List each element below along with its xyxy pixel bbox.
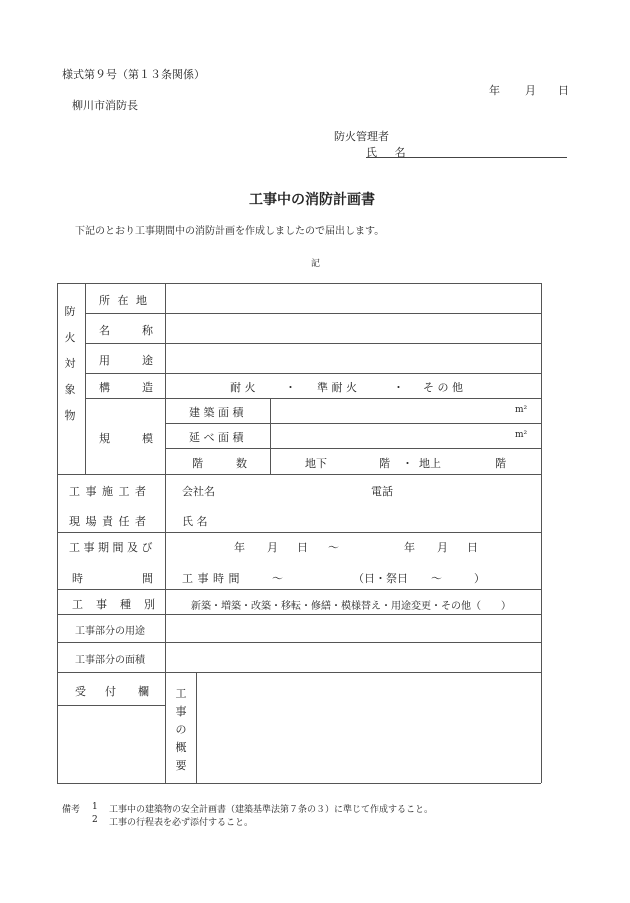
work-part-area-input[interactable]: [168, 645, 542, 671]
total-floor-area-input[interactable]: [273, 426, 512, 448]
phone-input[interactable]: [400, 479, 539, 499]
name-input[interactable]: [168, 316, 542, 342]
scale-label-right: 模: [142, 430, 153, 446]
company-name-input[interactable]: [220, 479, 364, 499]
note-text: 工事の行程表を必ず添付すること。: [109, 815, 253, 828]
period-label-line2-right: 間: [142, 570, 153, 586]
group-char: 物: [63, 410, 77, 436]
row-line: [57, 642, 541, 643]
year-label: 年: [489, 82, 500, 98]
summary-divider: [196, 672, 197, 783]
notes-heading: 備考: [62, 802, 80, 815]
row-line: [85, 343, 541, 344]
site-manager-name-label: 氏 名: [182, 513, 208, 529]
summary-char: 要: [174, 760, 188, 778]
table-bottom-border: [57, 783, 541, 784]
row-line: [165, 448, 541, 449]
submitter-name-input[interactable]: [415, 142, 569, 158]
row-line: [57, 532, 541, 533]
scale-label-left: 規: [99, 430, 110, 446]
row-line: [57, 672, 541, 673]
row-line: [57, 474, 541, 475]
reception-char: 欄: [138, 683, 149, 699]
contractor-label: 工 事 施 工 者: [69, 483, 146, 499]
structure-option-fireproof[interactable]: 耐 火: [230, 379, 256, 395]
reception-char: 付: [105, 683, 116, 699]
floor-unit-above: 階: [495, 455, 506, 471]
reception-area: [58, 706, 164, 782]
structure-option-other[interactable]: そ の 他: [423, 379, 463, 395]
floor-unit-underground: 階: [379, 455, 390, 471]
ki-label: 記: [311, 256, 320, 269]
structure-separator: ・: [285, 379, 296, 395]
label-column-divider: [165, 283, 166, 783]
building-area-label: 建 築 面 積: [189, 404, 244, 420]
usage-input[interactable]: [168, 346, 542, 372]
group-char: 対: [63, 358, 77, 384]
row-line: [85, 313, 541, 314]
form-number: 様式第９号（第１３条関係）: [62, 66, 205, 82]
month-label: 月: [525, 82, 536, 98]
from-year-label: 年: [234, 539, 245, 555]
submitter-role: 防火管理者: [334, 128, 389, 144]
period-label-line2-left: 時: [72, 570, 83, 586]
floors-separator: ・: [402, 455, 413, 471]
underground-floors-input[interactable]: [330, 452, 379, 472]
site-manager-name-input[interactable]: [220, 509, 534, 529]
period-label-line1: 工 事 期 間 及 び: [69, 539, 152, 555]
structure-label-left: 構: [99, 379, 110, 395]
to-month-label: 月: [437, 539, 448, 555]
building-area-unit: m²: [515, 405, 527, 415]
location-label: 所 在 地: [99, 292, 147, 308]
scale-sub-divider: [270, 398, 271, 474]
group-divider: [85, 283, 86, 474]
usage-label-right: 途: [142, 352, 153, 368]
summary-char: の: [174, 724, 188, 742]
document-title: 工事中の消防計画書: [249, 189, 375, 209]
from-day-label: 日: [297, 539, 308, 555]
group-char: 象: [63, 384, 77, 410]
name-label-right: 称: [142, 322, 153, 338]
holiday-open: （日・祭日: [353, 570, 408, 586]
work-type-char: 別: [144, 596, 155, 612]
reception-char: 受: [75, 683, 86, 699]
summary-char: 概: [174, 742, 188, 760]
summary-char: 工: [174, 688, 188, 706]
phone-label: 電話: [371, 483, 393, 499]
to-day-label: 日: [467, 539, 478, 555]
intro-text: 下記のとおり工事期間中の消防計画を作成しましたので届出します。: [75, 222, 384, 237]
work-part-usage-label: 工事部分の用途: [75, 622, 145, 637]
period-tilde: ～: [328, 539, 339, 555]
note-text: 工事中の建築物の安全計画書（建築基準法第７条の３）に準じて作成すること。: [109, 802, 433, 815]
note-number: 1: [92, 802, 98, 812]
above-ground-floors-input[interactable]: [445, 452, 494, 472]
holiday-tilde: ～: [431, 570, 442, 586]
row-line: [57, 614, 541, 615]
table-top-border: [57, 283, 541, 284]
work-part-area-label: 工事部分の面積: [75, 651, 145, 666]
floors-label-left: 階: [192, 455, 203, 471]
work-type-char: 種: [120, 596, 131, 612]
site-manager-label: 現 場 責 任 者: [69, 513, 146, 529]
row-line: [85, 398, 541, 399]
work-type-options[interactable]: 新築・増築・改築・移転・修繕・模様替え・用途変更・その他（ ）: [191, 597, 511, 612]
group-char: 火: [63, 332, 77, 358]
hours-label: 工 事 時 間: [182, 570, 240, 586]
row-line: [165, 423, 541, 424]
location-input[interactable]: [168, 286, 542, 312]
work-summary-textarea[interactable]: [199, 675, 541, 783]
group-label-fire-target: 防 火 対 象 物: [63, 306, 77, 436]
work-part-usage-input[interactable]: [168, 617, 542, 641]
group-char: 防: [63, 306, 77, 332]
note-number: 2: [92, 815, 98, 825]
work-type-char: 工: [72, 596, 83, 612]
structure-option-quasi-fireproof[interactable]: 準 耐 火: [317, 379, 357, 395]
total-floor-area-label: 延 べ 面 積: [189, 429, 244, 445]
work-type-char: 事: [96, 596, 107, 612]
structure-separator: ・: [393, 379, 404, 395]
underground-label: 地下: [305, 455, 327, 471]
row-line: [85, 373, 541, 374]
building-area-input[interactable]: [273, 401, 512, 423]
summary-char: 事: [174, 706, 188, 724]
usage-label-left: 用: [99, 352, 110, 368]
row-line: [57, 589, 541, 590]
structure-label-right: 造: [142, 379, 153, 395]
addressee: 柳川市消防長: [72, 97, 138, 113]
name-label-left: 名: [99, 322, 110, 338]
floors-label-right: 数: [236, 455, 247, 471]
from-month-label: 月: [267, 539, 278, 555]
total-floor-area-unit: m²: [515, 430, 527, 440]
holiday-close: ）: [474, 570, 485, 586]
to-year-label: 年: [404, 539, 415, 555]
above-ground-label: 地上: [419, 455, 441, 471]
day-label: 日: [558, 82, 569, 98]
work-summary-label: 工 事 の 概 要: [174, 688, 188, 778]
hours-tilde: ～: [272, 570, 283, 586]
company-name-label: 会社名: [182, 483, 215, 499]
